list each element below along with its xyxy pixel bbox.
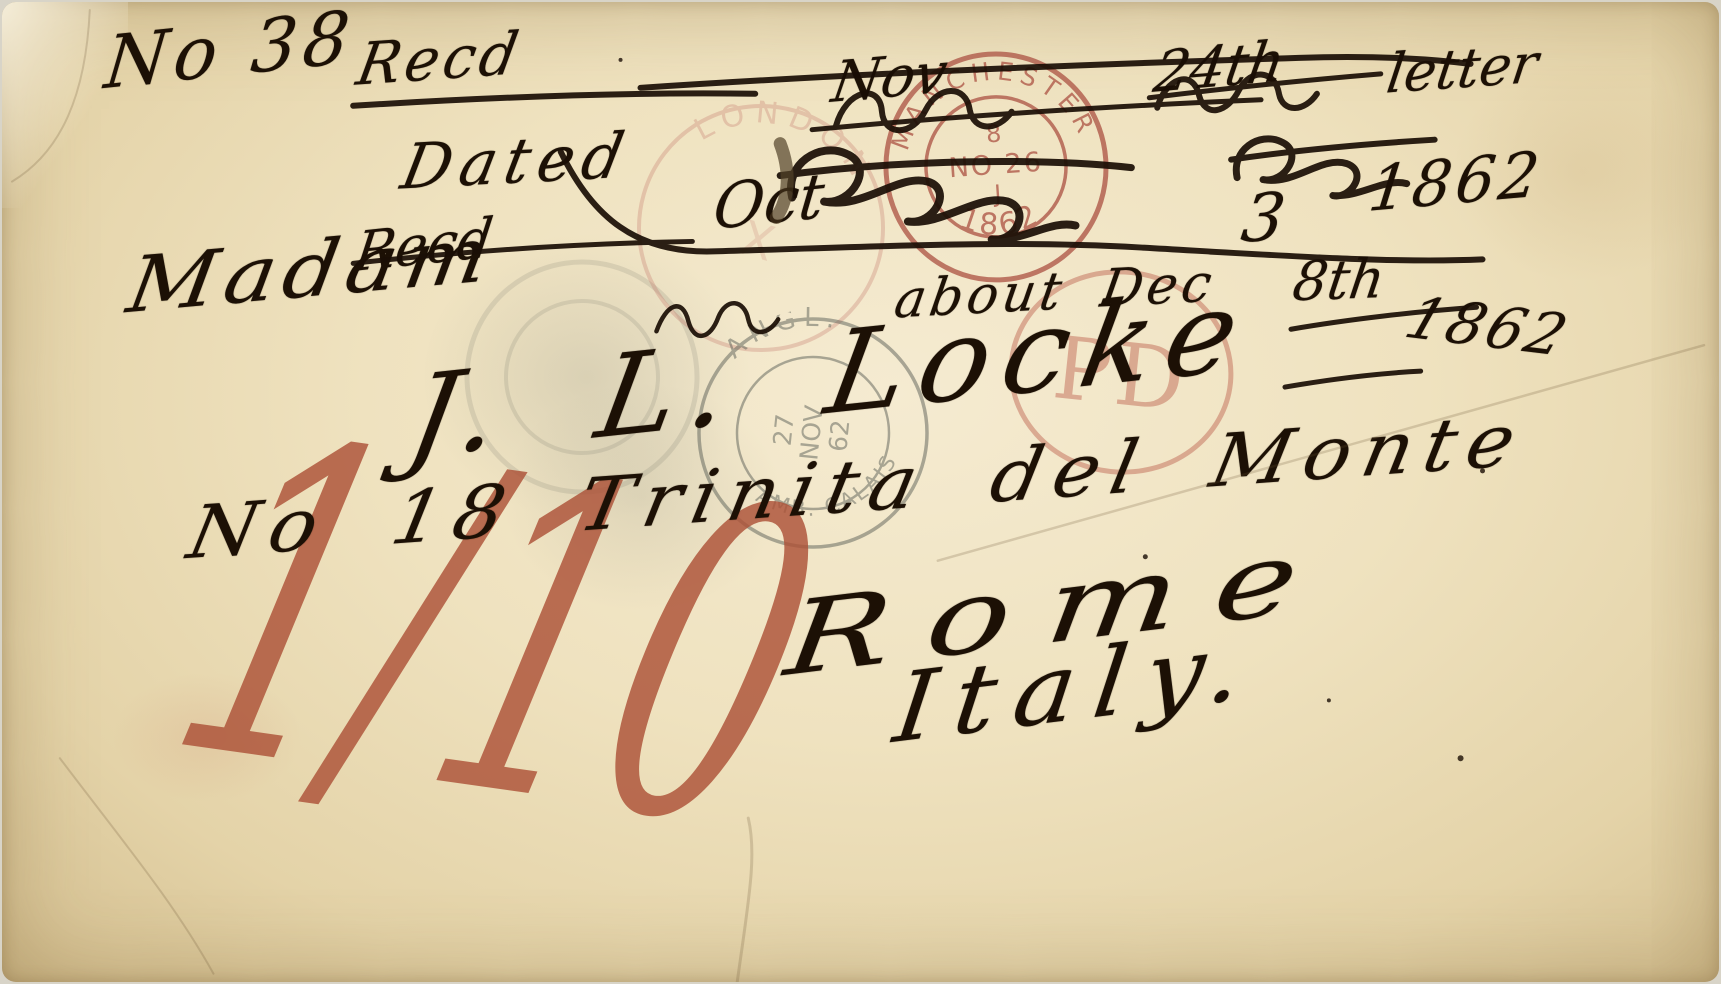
docket-word-letter: letter — [1383, 32, 1542, 106]
ink-speck — [1458, 755, 1464, 761]
docket-struck-month: Nov — [828, 40, 952, 116]
docket-answered-day: 8th — [1289, 247, 1389, 314]
docket-struck-day: 24th — [1150, 29, 1290, 106]
envelope-paper: LONDON X MANCHESTER 8 NO 26 J 1862 — [2, 2, 1719, 982]
docket-dated-label: Dated — [396, 118, 638, 204]
docket-answered-year: 1862 — [1397, 284, 1578, 369]
docket-dated-year: 1862 — [1365, 137, 1547, 226]
docket-number: No 38 — [101, 2, 359, 105]
ink-speck — [619, 58, 623, 62]
manchester-postmark-code: J — [991, 180, 1002, 209]
strike-line — [1285, 371, 1421, 387]
ink-speck — [1327, 698, 1331, 702]
manchester-postmark-date: NO 26 — [948, 147, 1044, 185]
scanned-envelope-image: LONDON X MANCHESTER 8 NO 26 J 1862 — [0, 0, 1721, 984]
docket-dated-day: 3 — [1237, 179, 1290, 258]
docket-struck-received: Recd — [352, 19, 527, 99]
docket-dated-month: Oct — [710, 158, 828, 244]
manchester-postmark-time: 8 — [985, 120, 1002, 149]
